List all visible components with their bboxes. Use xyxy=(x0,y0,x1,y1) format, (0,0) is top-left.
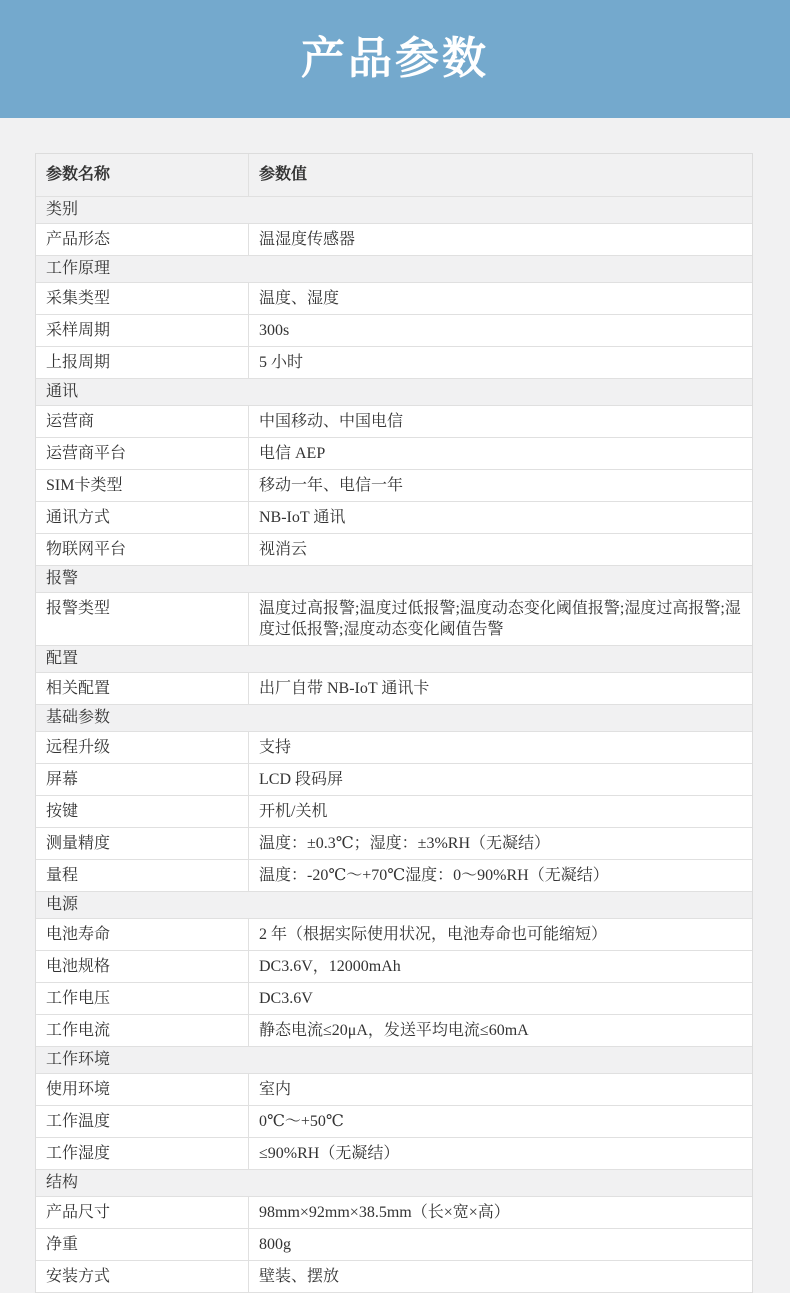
param-name-cell: 运营商平台 xyxy=(36,438,249,469)
table-row: 通讯方式NB-IoT 通讯 xyxy=(36,502,752,534)
table-row: 工作温度0℃～+50℃ xyxy=(36,1106,752,1138)
section-row: 通讯 xyxy=(36,379,752,406)
table-row: 物联网平台视消云 xyxy=(36,534,752,566)
table-row: 运营商中国移动、中国电信 xyxy=(36,406,752,438)
section-row: 电源 xyxy=(36,892,752,919)
table-row: 工作湿度≤90%RH（无凝结） xyxy=(36,1138,752,1170)
table-row: 工作电压DC3.6V xyxy=(36,983,752,1015)
section-row: 类别 xyxy=(36,197,752,224)
param-name-cell: 远程升级 xyxy=(36,732,249,763)
param-value-cell: 5 小时 xyxy=(249,347,752,378)
param-value-cell: 中国移动、中国电信 xyxy=(249,406,752,437)
param-name-cell: 采样周期 xyxy=(36,315,249,346)
table-row: 使用环境室内 xyxy=(36,1074,752,1106)
param-value-cell: 支持 xyxy=(249,732,752,763)
param-value-cell: 移动一年、电信一年 xyxy=(249,470,752,501)
table-row: SIM卡类型移动一年、电信一年 xyxy=(36,470,752,502)
table-row: 运营商平台电信 AEP xyxy=(36,438,752,470)
table-row: 报警类型温度过高报警;温度过低报警;温度动态变化阈值报警;湿度过高报警;湿度过低… xyxy=(36,593,752,646)
section-row: 配置 xyxy=(36,646,752,673)
param-name-cell: 物联网平台 xyxy=(36,534,249,565)
param-name-cell: 工作湿度 xyxy=(36,1138,249,1169)
section-row: 工作原理 xyxy=(36,256,752,283)
table-row: 上报周期5 小时 xyxy=(36,347,752,379)
table-row: 按键开机/关机 xyxy=(36,796,752,828)
param-name-cell: 电池寿命 xyxy=(36,919,249,950)
table-row: 相关配置出厂自带 NB-IoT 通讯卡 xyxy=(36,673,752,705)
param-name-cell: 电池规格 xyxy=(36,951,249,982)
section-row: 基础参数 xyxy=(36,705,752,732)
section-row: 结构 xyxy=(36,1170,752,1197)
param-value-cell: 800g xyxy=(249,1229,752,1260)
table-row: 远程升级支持 xyxy=(36,732,752,764)
table-row: 产品形态温湿度传感器 xyxy=(36,224,752,256)
param-value-cell: 98mm×92mm×38.5mm（长×宽×高） xyxy=(249,1197,752,1228)
param-value-cell: 2 年（根据实际使用状况，电池寿命也可能缩短） xyxy=(249,919,752,950)
param-value-cell: 温度、湿度 xyxy=(249,283,752,314)
param-value-cell: 壁装、摆放 xyxy=(249,1261,752,1292)
table-row: 量程温度：-20℃～+70℃湿度：0～90%RH（无凝结） xyxy=(36,860,752,892)
param-name-cell: 通讯方式 xyxy=(36,502,249,533)
param-name-cell: 工作电流 xyxy=(36,1015,249,1046)
param-name-cell: 运营商 xyxy=(36,406,249,437)
param-name-cell: 量程 xyxy=(36,860,249,891)
section-row: 报警 xyxy=(36,566,752,593)
param-value-cell: 视消云 xyxy=(249,534,752,565)
param-value-cell: 温度：±0.3℃；湿度：±3%RH（无凝结） xyxy=(249,828,752,859)
param-name-cell: 产品尺寸 xyxy=(36,1197,249,1228)
table-row: 电池规格DC3.6V，12000mAh xyxy=(36,951,752,983)
table-row: 净重800g xyxy=(36,1229,752,1261)
param-value-cell: 电信 AEP xyxy=(249,438,752,469)
param-value-cell: LCD 段码屏 xyxy=(249,764,752,795)
table-row: 电池寿命2 年（根据实际使用状况，电池寿命也可能缩短） xyxy=(36,919,752,951)
parameters-table: 参数名称 参数值 类别产品形态温湿度传感器工作原理采集类型温度、湿度采样周期30… xyxy=(35,153,753,1293)
table-row: 产品尺寸98mm×92mm×38.5mm（长×宽×高） xyxy=(36,1197,752,1229)
param-value-cell: ≤90%RH（无凝结） xyxy=(249,1138,752,1169)
table-row: 采样周期300s xyxy=(36,315,752,347)
param-name-cell: 按键 xyxy=(36,796,249,827)
table-header-row: 参数名称 参数值 xyxy=(36,154,752,197)
param-name-cell: SIM卡类型 xyxy=(36,470,249,501)
param-value-cell: 出厂自带 NB-IoT 通讯卡 xyxy=(249,673,752,704)
header-param-name: 参数名称 xyxy=(36,154,249,196)
param-name-cell: 工作电压 xyxy=(36,983,249,1014)
param-name-cell: 使用环境 xyxy=(36,1074,249,1105)
param-value-cell: DC3.6V，12000mAh xyxy=(249,951,752,982)
param-name-cell: 测量精度 xyxy=(36,828,249,859)
section-row: 工作环境 xyxy=(36,1047,752,1074)
param-name-cell: 工作温度 xyxy=(36,1106,249,1137)
param-value-cell: 0℃～+50℃ xyxy=(249,1106,752,1137)
param-value-cell: 300s xyxy=(249,315,752,346)
param-value-cell: DC3.6V xyxy=(249,983,752,1014)
param-name-cell: 报警类型 xyxy=(36,593,249,645)
param-name-cell: 屏幕 xyxy=(36,764,249,795)
param-value-cell: 温度：-20℃～+70℃湿度：0～90%RH（无凝结） xyxy=(249,860,752,891)
header-param-value: 参数值 xyxy=(249,154,752,196)
table-row: 测量精度温度：±0.3℃；湿度：±3%RH（无凝结） xyxy=(36,828,752,860)
table-row: 安装方式壁装、摆放 xyxy=(36,1261,752,1293)
param-name-cell: 产品形态 xyxy=(36,224,249,255)
param-name-cell: 安装方式 xyxy=(36,1261,249,1292)
param-value-cell: 温度过高报警;温度过低报警;温度动态变化阈值报警;湿度过高报警;湿度过低报警;湿… xyxy=(249,593,752,645)
parameters-table-body: 类别产品形态温湿度传感器工作原理采集类型温度、湿度采样周期300s上报周期5 小… xyxy=(36,197,752,1293)
param-name-cell: 上报周期 xyxy=(36,347,249,378)
param-value-cell: 温湿度传感器 xyxy=(249,224,752,255)
table-row: 屏幕LCD 段码屏 xyxy=(36,764,752,796)
table-row: 工作电流静态电流≤20μA，发送平均电流≤60mA xyxy=(36,1015,752,1047)
param-value-cell: NB-IoT 通讯 xyxy=(249,502,752,533)
table-row: 采集类型温度、湿度 xyxy=(36,283,752,315)
param-value-cell: 开机/关机 xyxy=(249,796,752,827)
page-title: 产品参数 xyxy=(301,37,489,81)
product-parameters-banner: 产品参数 xyxy=(0,0,790,118)
param-value-cell: 室内 xyxy=(249,1074,752,1105)
param-name-cell: 采集类型 xyxy=(36,283,249,314)
param-name-cell: 净重 xyxy=(36,1229,249,1260)
param-name-cell: 相关配置 xyxy=(36,673,249,704)
param-value-cell: 静态电流≤20μA，发送平均电流≤60mA xyxy=(249,1015,752,1046)
